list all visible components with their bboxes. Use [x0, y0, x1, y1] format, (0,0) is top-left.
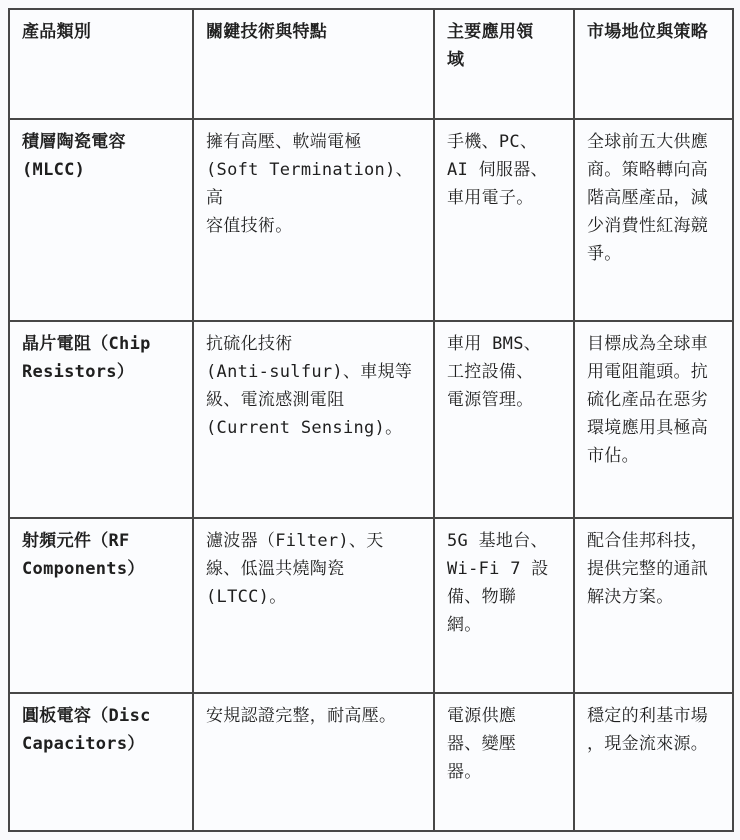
cell-disc-capacitors-technology: 安規認證完整，耐高壓。 [193, 693, 434, 831]
cell-mlcc-applications: 手機、PC、 AI 伺服器、 車用電子。 [434, 119, 574, 321]
cell-rf-components-technology: 濾波器（Filter)、天 線、低溫共燒陶瓷 (LTCC)。 [193, 518, 434, 693]
product-table: 產品類別 關鍵技術與特點 主要應用領 域 市場地位與策略 積層陶瓷電容 (MLC… [8, 8, 734, 832]
cell-disc-capacitors-applications: 電源供應 器、變壓 器。 [434, 693, 574, 831]
column-header-market: 市場地位與策略 [574, 9, 733, 119]
cell-rf-components-market: 配合佳邦科技， 提供完整的通訊 解決方案。 [574, 518, 733, 693]
cell-mlcc-category: 積層陶瓷電容 (MLCC) [9, 119, 193, 321]
cell-disc-capacitors-category: 圓板電容（Disc Capacitors） [9, 693, 193, 831]
cell-disc-capacitors-market: 穩定的利基市場 ，現金流來源。 [574, 693, 733, 831]
table-header-row: 產品類別 關鍵技術與特點 主要應用領 域 市場地位與策略 [9, 9, 733, 119]
cell-rf-components-applications: 5G 基地台、 Wi-Fi 7 設 備、物聯 網。 [434, 518, 574, 693]
table-row-chip-resistors: 晶片電阻（Chip Resistors） 抗硫化技術 (Anti-sulfur)… [9, 321, 733, 518]
column-header-technology: 關鍵技術與特點 [193, 9, 434, 119]
document-page: 產品類別 關鍵技術與特點 主要應用領 域 市場地位與策略 積層陶瓷電容 (MLC… [0, 0, 740, 840]
column-header-applications: 主要應用領 域 [434, 9, 574, 119]
cell-rf-components-category: 射頻元件（RF Components） [9, 518, 193, 693]
cell-chip-resistors-applications: 車用 BMS、 工控設備、 電源管理。 [434, 321, 574, 518]
cell-mlcc-technology: 擁有高壓、軟端電極 (Soft Termination)、高 容值技術。 [193, 119, 434, 321]
cell-mlcc-market: 全球前五大供應 商。策略轉向高 階高壓產品，減 少消費性紅海競 爭。 [574, 119, 733, 321]
table-row-rf-components: 射頻元件（RF Components） 濾波器（Filter)、天 線、低溫共燒… [9, 518, 733, 693]
column-header-category: 產品類別 [9, 9, 193, 119]
cell-chip-resistors-technology: 抗硫化技術 (Anti-sulfur)、車規等 級、電流感測電阻 (Curren… [193, 321, 434, 518]
table-row-disc-capacitors: 圓板電容（Disc Capacitors） 安規認證完整，耐高壓。 電源供應 器… [9, 693, 733, 831]
table-row-mlcc: 積層陶瓷電容 (MLCC) 擁有高壓、軟端電極 (Soft Terminatio… [9, 119, 733, 321]
cell-chip-resistors-category: 晶片電阻（Chip Resistors） [9, 321, 193, 518]
cell-chip-resistors-market: 目標成為全球車 用電阻龍頭。抗 硫化產品在惡劣 環境應用具極高 市佔。 [574, 321, 733, 518]
